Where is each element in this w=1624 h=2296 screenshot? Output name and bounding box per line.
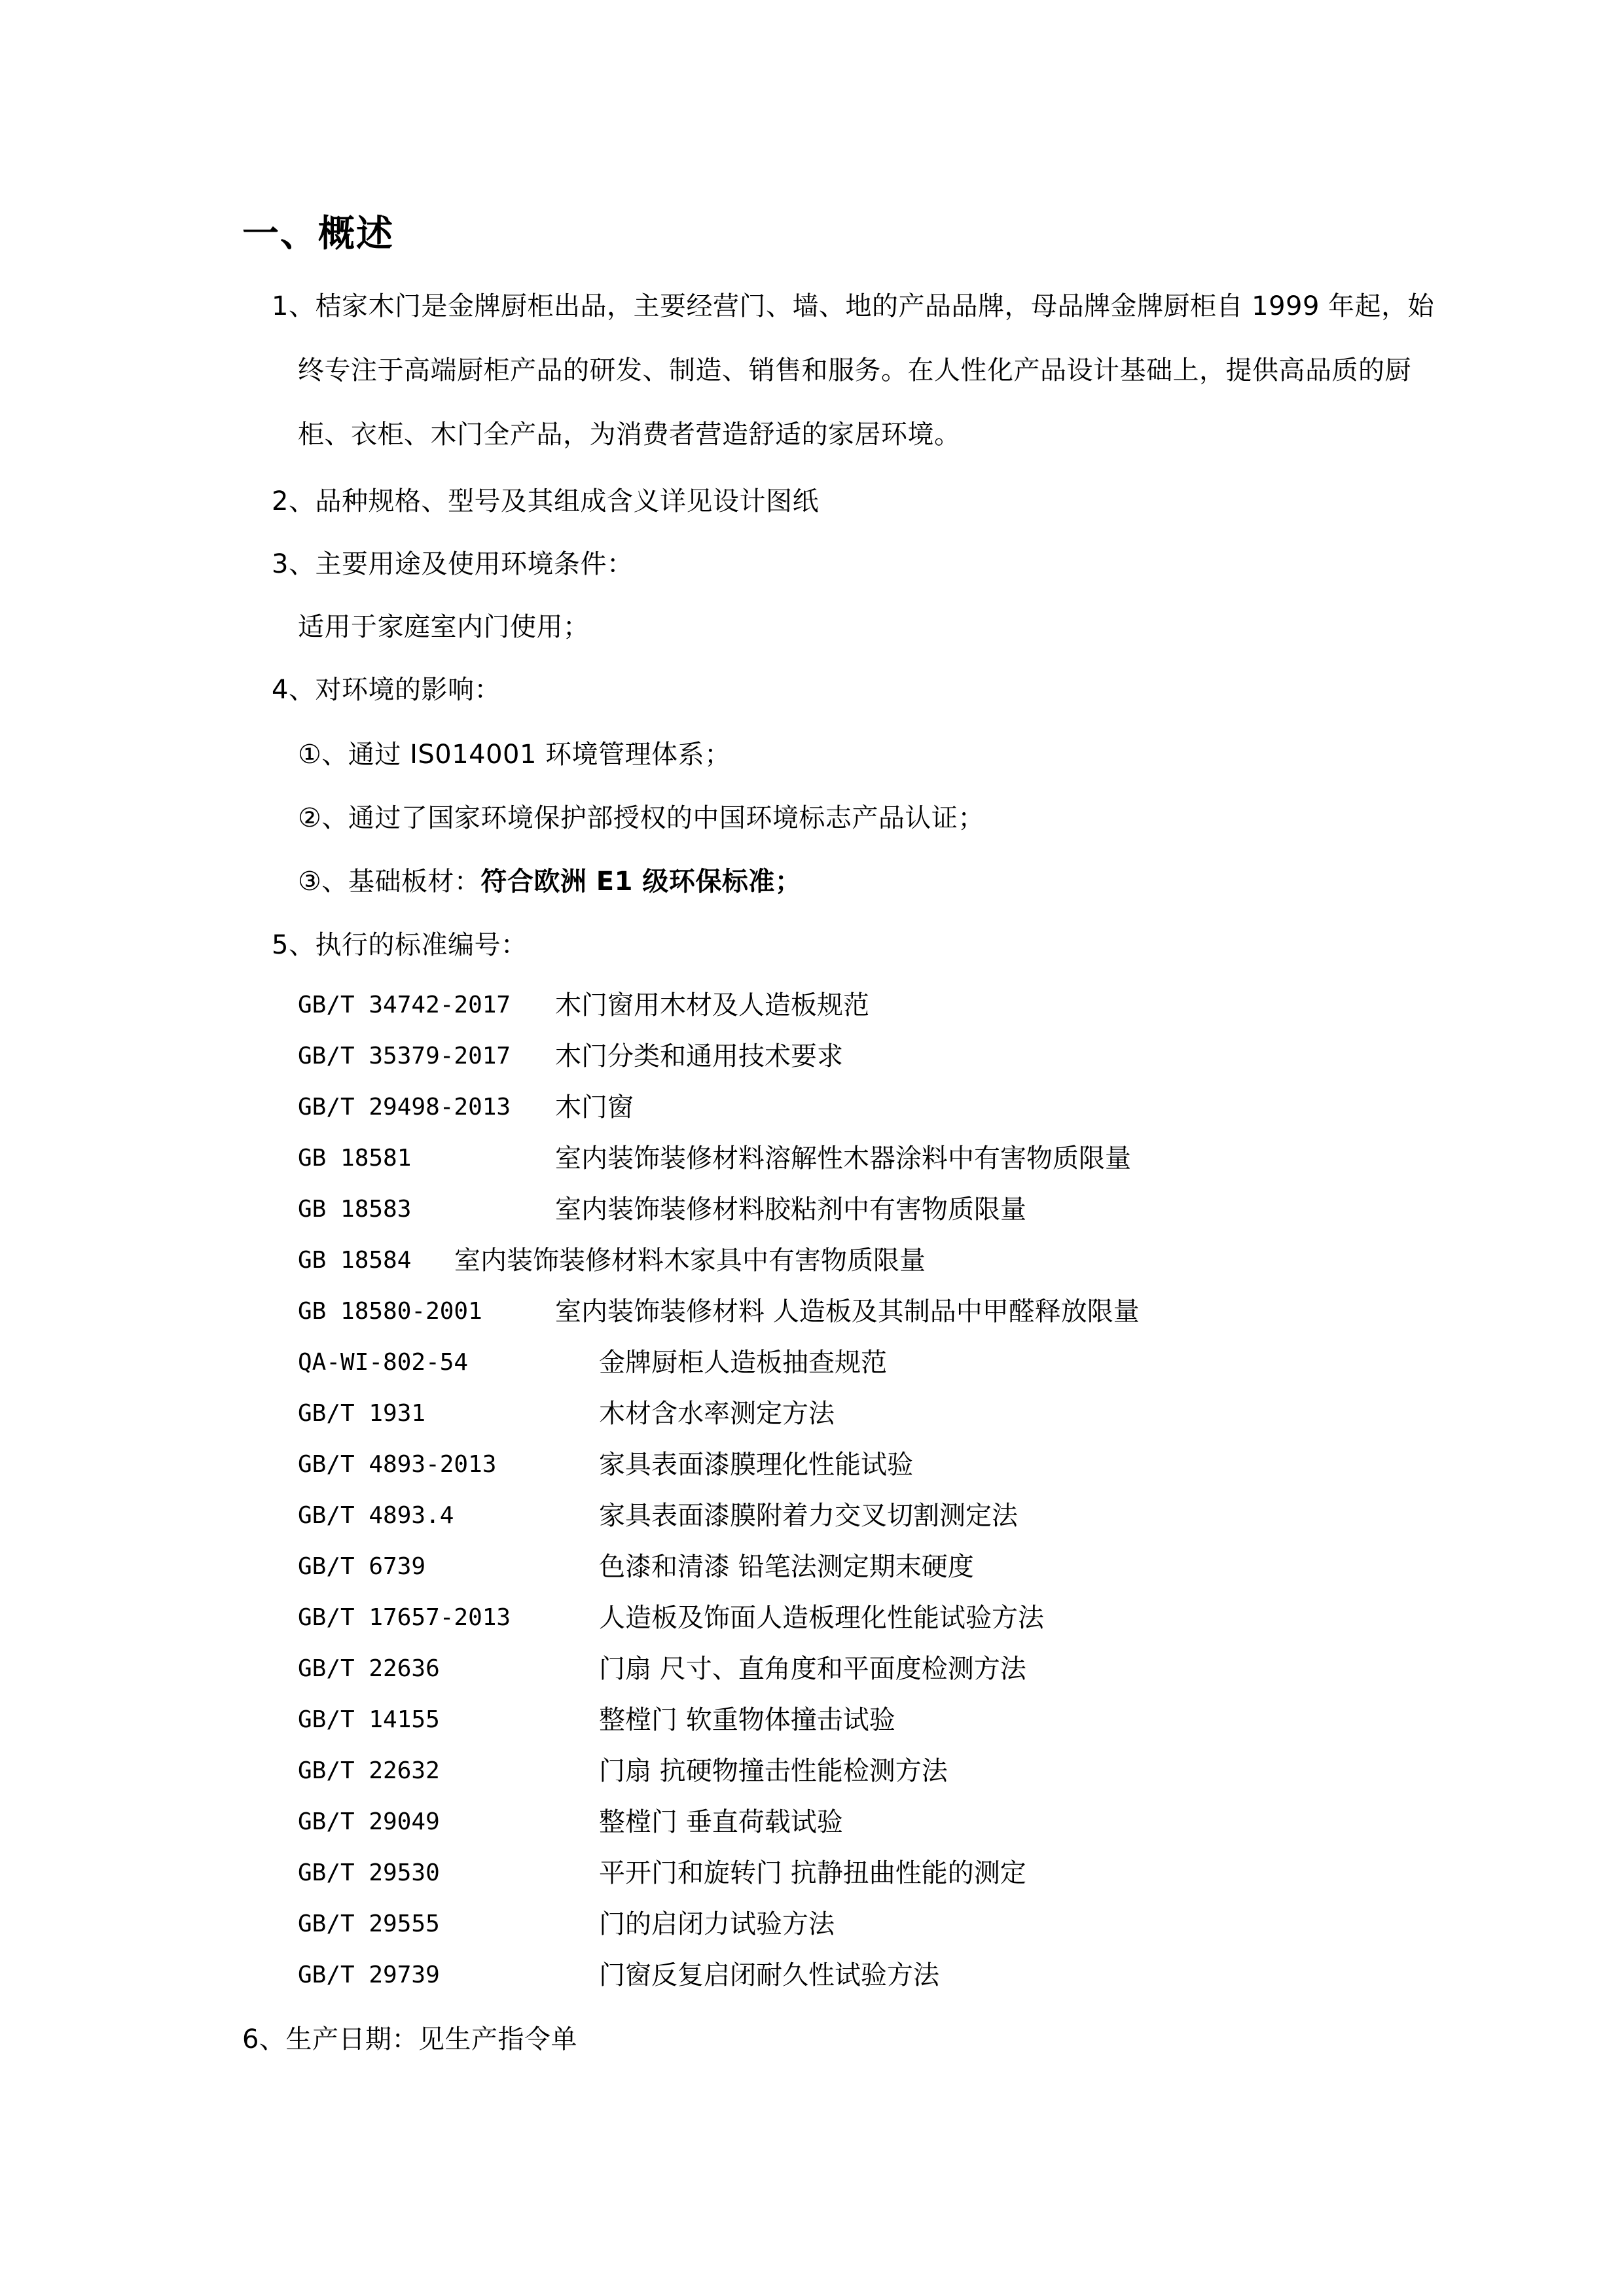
item-4: 4、对环境的影响：: [272, 677, 501, 703]
standard-code: GB/T 1931: [298, 1402, 425, 1426]
standard-code: GB/T 14155: [298, 1708, 440, 1732]
item-3-detail: 适用于家庭室内门使用；: [298, 614, 590, 640]
item-4-subitem-3: ③、基础板材：符合欧洲 E1 级环保标准；: [298, 869, 801, 895]
standard-desc: 木材含水率测定方法: [599, 1401, 835, 1427]
standard-code: GB/T 4893.4: [298, 1504, 454, 1528]
standard-code: GB/T 4893-2013: [298, 1453, 496, 1477]
standard-desc: 色漆和清漆 铅笔法测定期末硬度: [599, 1554, 974, 1580]
item-2: 2、品种规格、型号及其组成含义详见设计图纸: [272, 488, 819, 514]
standard-desc: 门扇 尺寸、直角度和平面度检测方法: [599, 1656, 1026, 1682]
standard-code: GB 18584: [298, 1249, 411, 1272]
standard-code: GB/T 6739: [298, 1555, 425, 1579]
standard-desc: 木门分类和通用技术要求: [555, 1043, 843, 1069]
standard-desc: 门扇 抗硬物撞击性能检测方法: [599, 1758, 948, 1784]
standard-code: GB/T 22636: [298, 1657, 440, 1681]
standard-code: GB/T 29739: [298, 1964, 440, 1987]
standard-desc: 室内装饰装修材料木家具中有害物质限量: [454, 1247, 926, 1274]
standard-desc: 室内装饰装修材料胶粘剂中有害物质限量: [555, 1196, 1026, 1223]
standard-desc: 家具表面漆膜附着力交叉切割测定法: [599, 1503, 1018, 1529]
standard-code: QA-WI-802-54: [298, 1351, 468, 1374]
standard-code: GB/T 35379-2017: [298, 1045, 511, 1068]
item-1-line-1: 1、桔家木门是金牌厨柜出品，主要经营门、墙、地的产品品牌，母品牌金牌厨柜自 19…: [272, 293, 1434, 319]
standard-code: GB 18580-2001: [298, 1300, 482, 1323]
standard-desc: 金牌厨柜人造板抽查规范: [599, 1350, 887, 1376]
standard-desc: 木门窗用木材及人造板规范: [555, 992, 869, 1018]
section-title: 一、概述: [242, 216, 394, 253]
item-4-subitem-3-bold-text: 符合欧洲 E1 级环保标准；: [480, 867, 801, 897]
standard-desc: 室内装饰装修材料溶解性木器涂料中有害物质限量: [555, 1145, 1131, 1172]
standard-desc: 人造板及饰面人造板理化性能试验方法: [599, 1605, 1044, 1631]
standard-code: GB 18583: [298, 1198, 411, 1221]
item-1-line-2: 终专注于高端厨柜产品的研发、制造、销售和服务。在人性化产品设计基础上，提供高品质…: [298, 357, 1411, 384]
standard-desc: 门窗反复启闭耐久性试验方法: [599, 1962, 939, 1988]
standard-desc: 室内装饰装修材料 人造板及其制品中甲醛释放限量: [555, 1299, 1140, 1325]
standard-code: GB/T 17657-2013: [298, 1606, 511, 1630]
item-4-subitem-3-prefix: ③、基础板材：: [298, 867, 480, 897]
standard-code: GB/T 29498-2013: [298, 1096, 511, 1119]
standard-desc: 整樘门 软重物体撞击试验: [599, 1707, 895, 1733]
item-1-line-3: 柜、衣柜、木门全产品，为消费者营造舒适的家居环境。: [298, 422, 961, 448]
standard-desc: 整樘门 垂直荷载试验: [599, 1809, 843, 1835]
standard-desc: 平开门和旋转门 抗静扭曲性能的测定: [599, 1860, 1026, 1886]
standard-code: GB 18581: [298, 1147, 411, 1170]
item-4-subitem-1: ①、通过 IS014001 环境管理体系；: [298, 742, 731, 768]
standard-code: GB/T 29555: [298, 1912, 440, 1936]
item-4-subitem-2: ②、通过了国家环境保护部授权的中国环境标志产品认证；: [298, 805, 984, 831]
standard-code: GB/T 29530: [298, 1861, 440, 1885]
standard-desc: 家具表面漆膜理化性能试验: [599, 1452, 913, 1478]
standard-desc: 木门窗: [555, 1094, 634, 1121]
item-6: 6、生产日期：见生产指令单: [242, 2026, 577, 2053]
document-page: 一、概述 1、桔家木门是金牌厨柜出品，主要经营门、墙、地的产品品牌，母品牌金牌厨…: [0, 0, 1624, 2296]
item-3: 3、主要用途及使用环境条件：: [272, 551, 633, 577]
standard-code: GB/T 34742-2017: [298, 994, 511, 1017]
standard-code: GB/T 22632: [298, 1759, 440, 1783]
standard-desc: 门的启闭力试验方法: [599, 1911, 835, 1937]
standard-code: GB/T 29049: [298, 1810, 440, 1834]
item-5: 5、执行的标准编号：: [272, 932, 527, 958]
